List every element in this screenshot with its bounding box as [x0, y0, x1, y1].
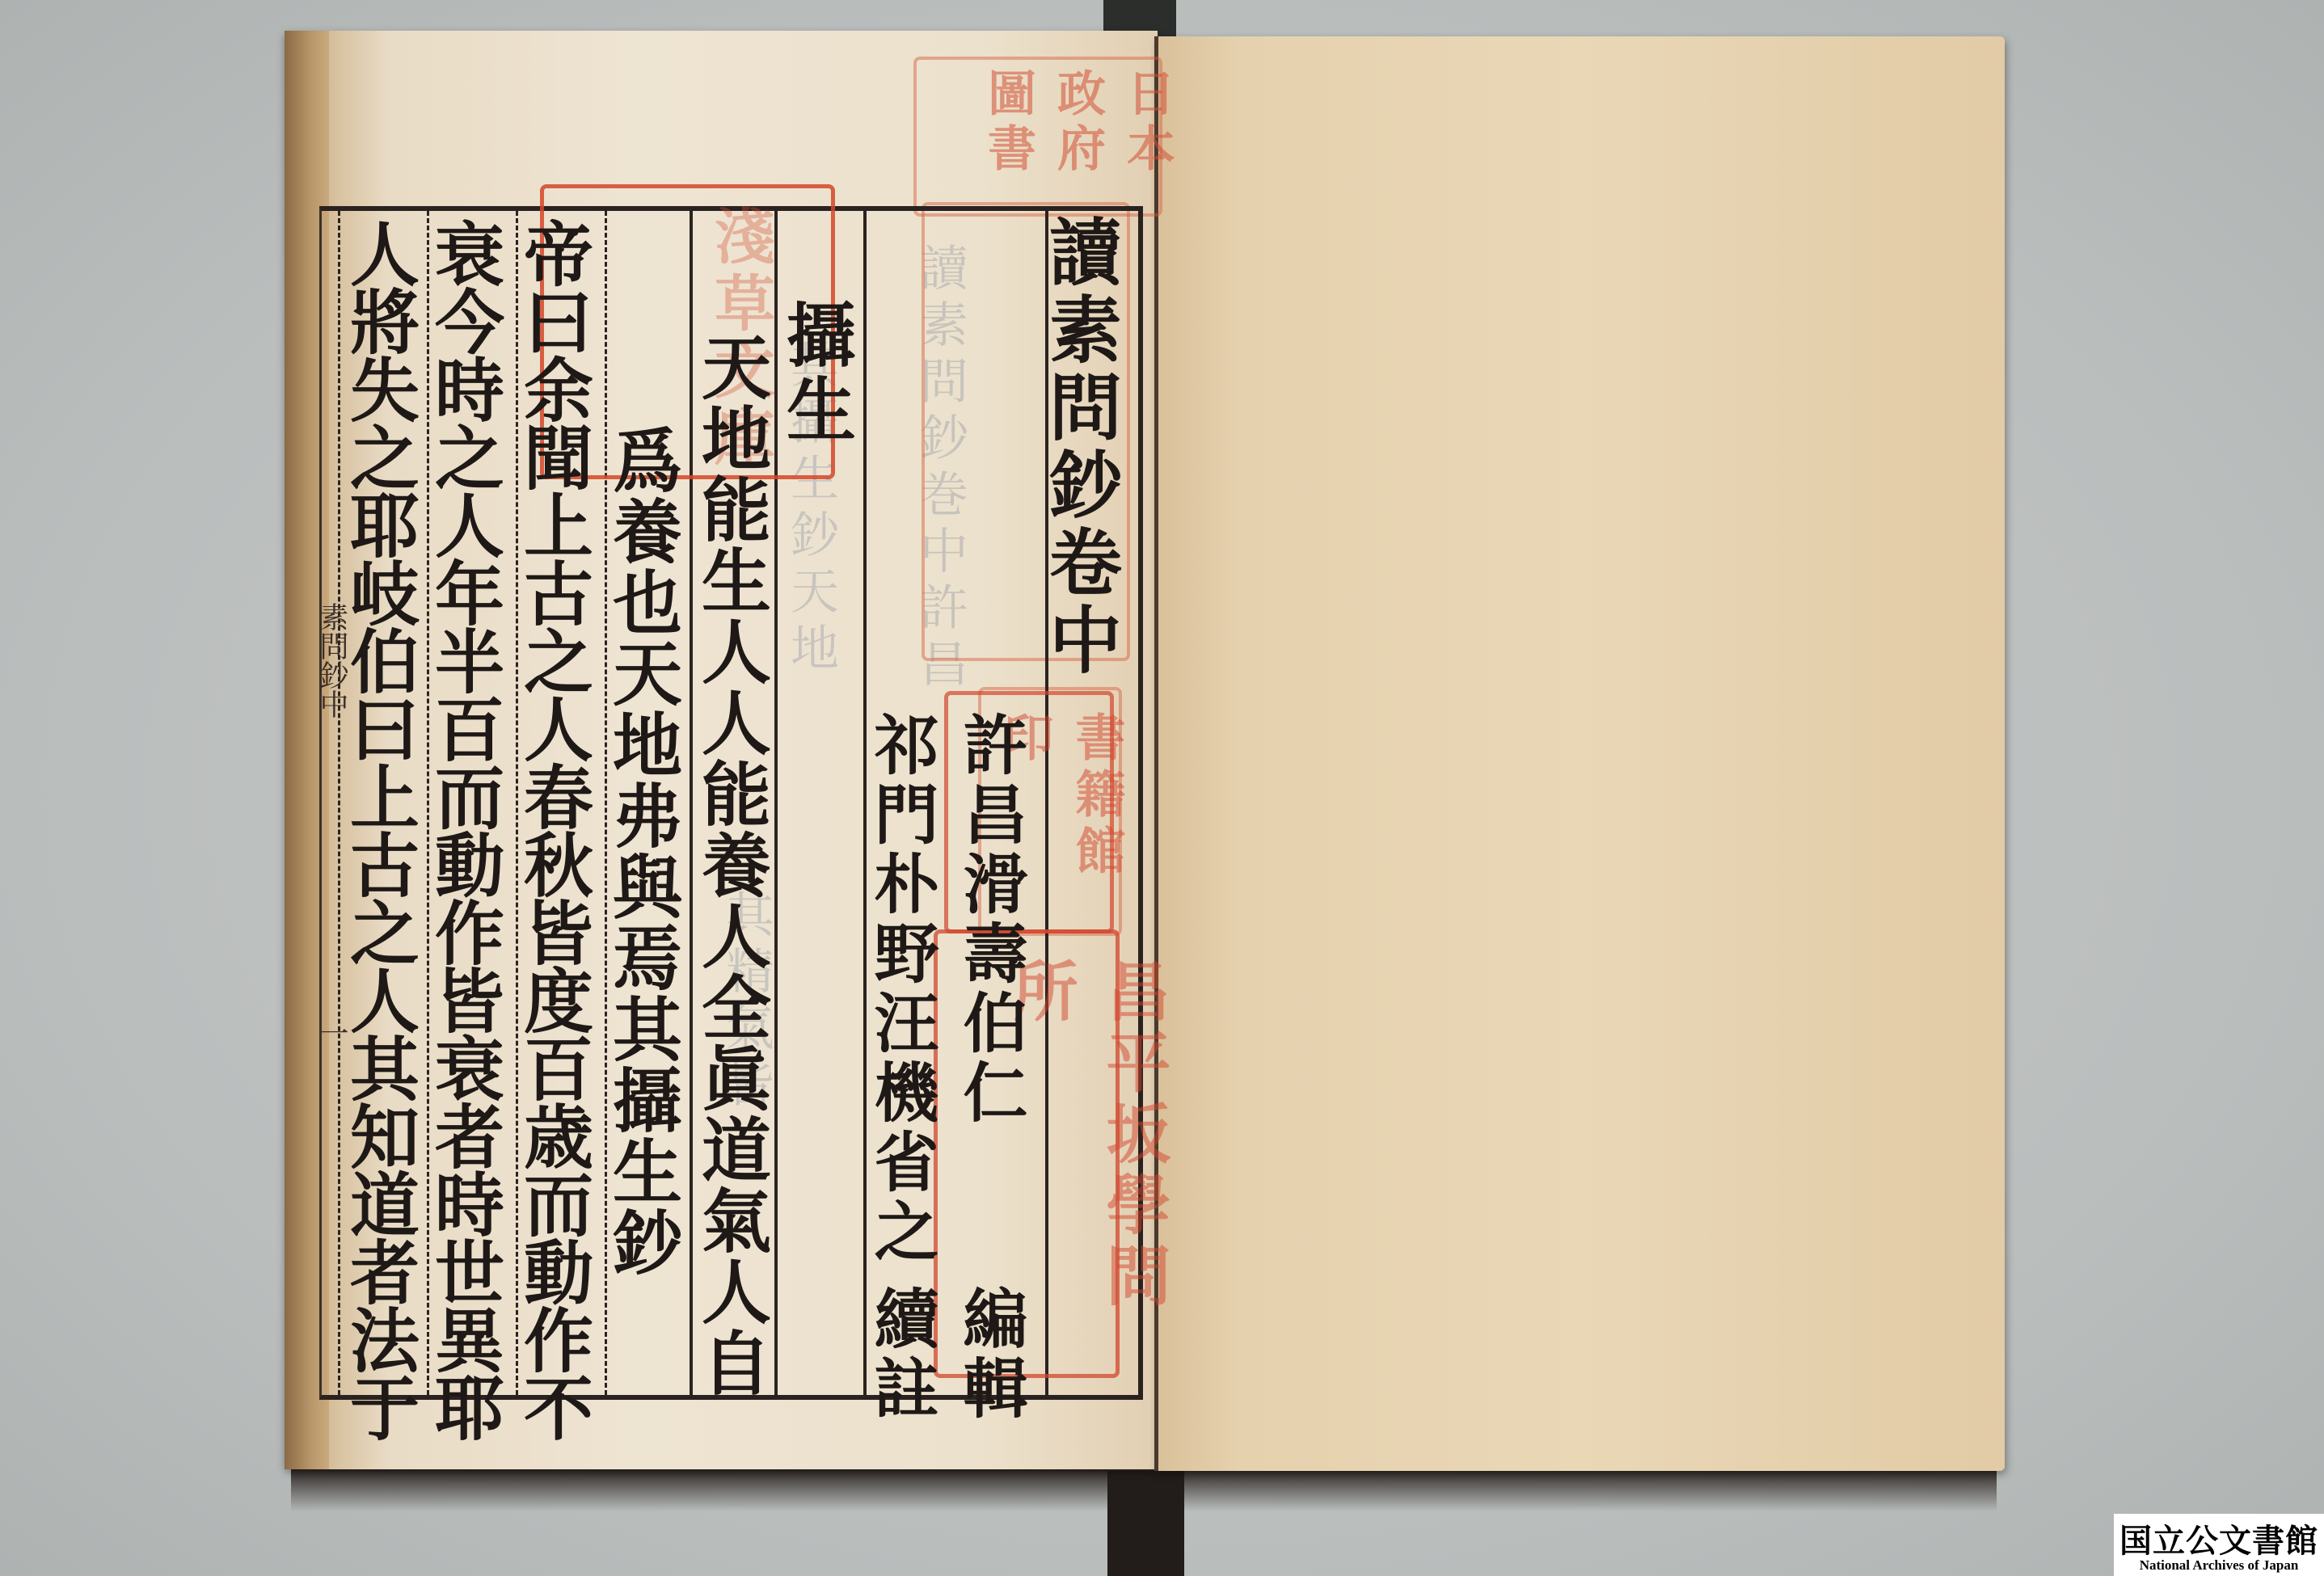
- spine-clip-bottom: [1107, 1471, 1184, 1576]
- national-archives-logo: 国立公文書館 National Archives of Japan: [2114, 1514, 2324, 1576]
- book-title: 讀素問鈔卷中: [1043, 214, 1116, 680]
- logo-en-text: National Archives of Japan: [2115, 1557, 2322, 1574]
- margin-title: 素問鈔中: [311, 602, 352, 718]
- text-column-5: 人將失之耶岐伯曰上古之人其知道者法于: [344, 218, 413, 1440]
- seal-text: 日本政府圖書: [973, 68, 1182, 213]
- right-page-blank: [1156, 36, 2005, 1471]
- author-2-role: 續註: [869, 1285, 934, 1424]
- seal-top-right: 日本政府圖書: [913, 57, 1162, 217]
- margin-folio: 一: [311, 1018, 352, 1047]
- author-1-role: 編輯: [958, 1285, 1023, 1424]
- text-column-1: 天地能生人人能養人全眞道氣人自: [695, 331, 765, 1398]
- text-column-4: 衰今時之人年半百而動作皆衰者時世異耶: [428, 218, 498, 1440]
- text-column-3: 帝曰余聞上古之人春秋皆度百歳而動作不: [517, 218, 587, 1440]
- author-1-name: 許昌滑壽伯仁: [958, 711, 1023, 1128]
- section-heading: 攝生: [780, 299, 850, 448]
- text-column-2: 爲養也天地弗與焉其攝生鈔: [606, 424, 676, 1278]
- author-2-name: 祁門朴野汪機省之: [869, 711, 934, 1267]
- logo-jp-text: 国立公文書館: [2117, 1515, 2321, 1561]
